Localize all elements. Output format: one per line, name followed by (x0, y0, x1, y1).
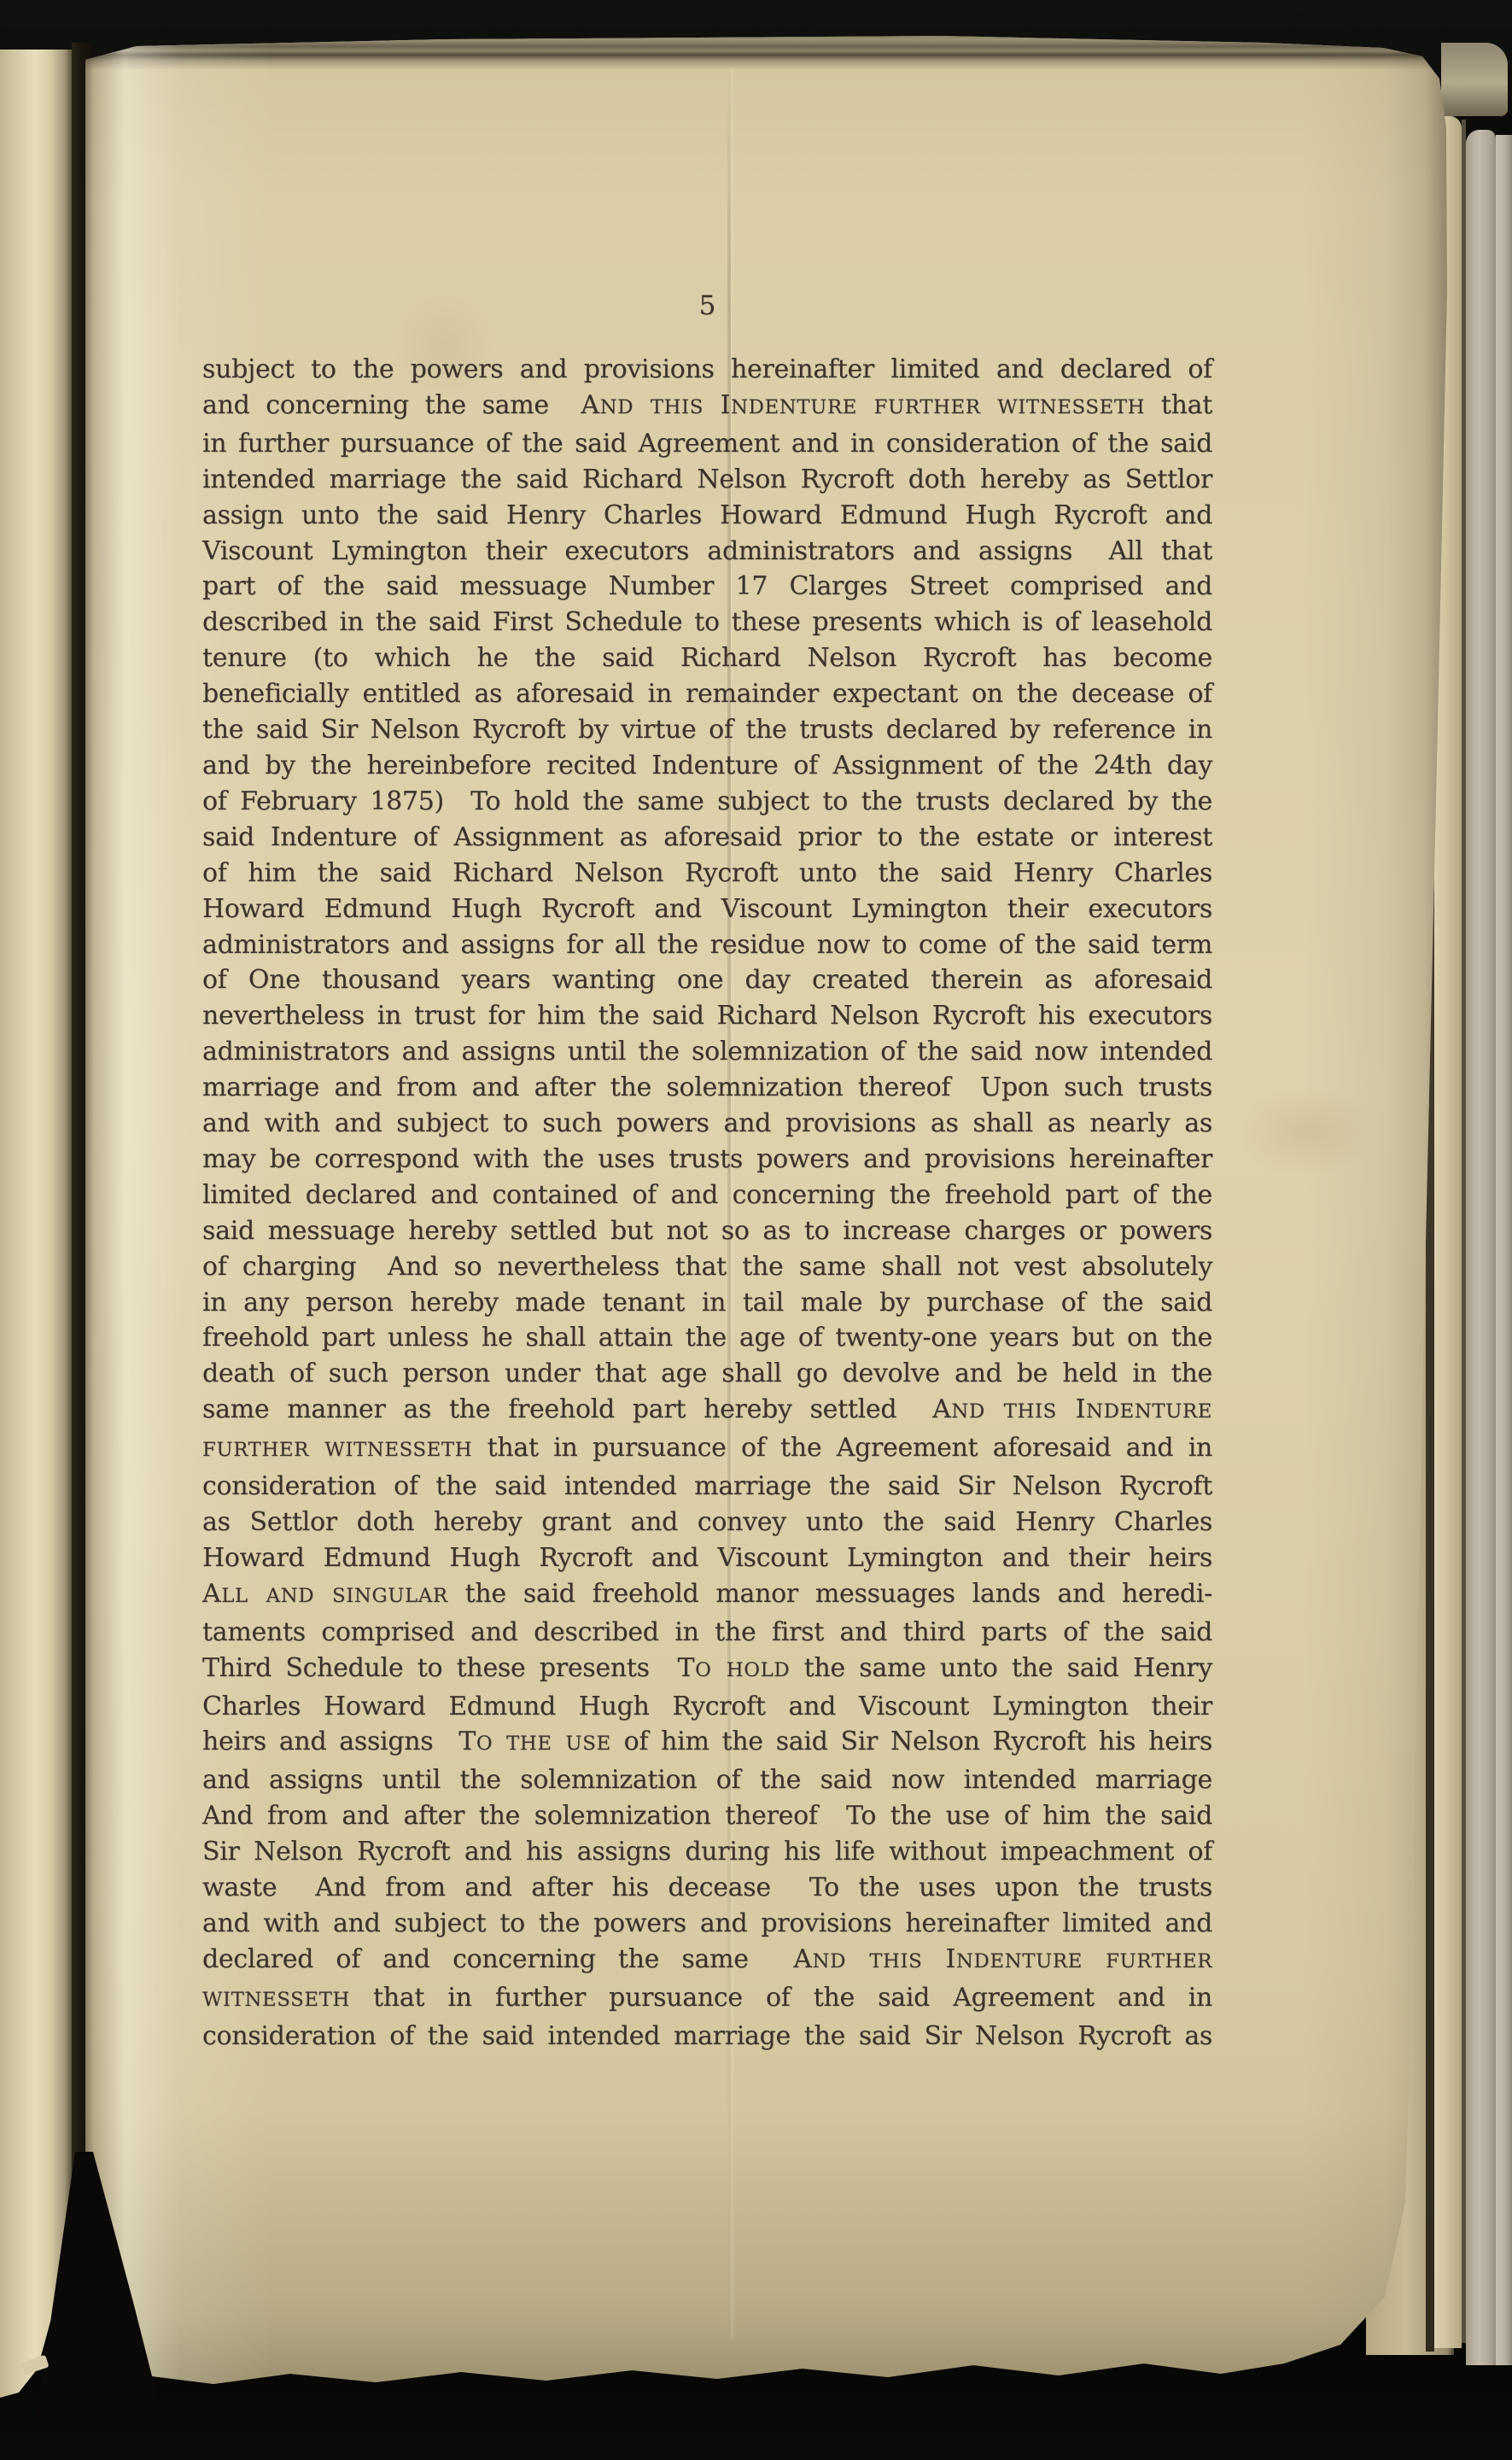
text-line: Charles Howard Edmund Hugh Rycroft and V… (202, 1689, 1212, 1725)
page-top-edge-corner (1441, 43, 1508, 116)
text-line: and with and subject to the powers and p… (202, 1906, 1212, 1942)
text-line: ALL AND SINGULAR the said freehold manor… (202, 1576, 1212, 1615)
page-number: 5 (202, 290, 1212, 321)
text-line: of charging And so nevertheless that the… (202, 1249, 1212, 1285)
text-line: declared of and concerning the same AND … (202, 1942, 1212, 1980)
text-line: consideration of the said intended marri… (202, 1469, 1212, 1505)
text-line: death of such person under that age shal… (202, 1356, 1212, 1392)
text-line: WITNESSETH that in further pursuance of … (202, 1980, 1212, 2019)
text-line: assign unto the said Henry Charles Howar… (202, 498, 1212, 534)
text-line: taments comprised and described in the f… (202, 1615, 1212, 1651)
page-edge-strip (1466, 130, 1496, 2365)
book-scan-photo: 5 subject to the powers and provisions h… (0, 0, 1512, 2460)
text-line: and by the hereinbefore recited Indentur… (202, 748, 1212, 784)
page-edge-strip (1496, 135, 1512, 2365)
paper-stain (1238, 1084, 1375, 1178)
text-line: and with and subject to such powers and … (202, 1106, 1212, 1142)
text-line: and concerning the same AND THIS INDENTU… (202, 388, 1212, 426)
text-line: tenure (to which he the said Richard Nel… (202, 640, 1212, 676)
page-top-edge (85, 34, 1447, 70)
document-text: subject to the powers and provisions her… (202, 352, 1212, 2054)
text-line: Sir Nelson Rycroft and his assigns durin… (202, 1834, 1212, 1870)
text-line: intended marriage the said Richard Nelso… (202, 462, 1212, 498)
text-line: described in the said First Schedule to … (202, 605, 1212, 640)
text-line: of One thousand years wanting one day cr… (202, 962, 1212, 998)
text-line: in further pursuance of the said Agreeme… (202, 426, 1212, 462)
text-line: administrators and assigns until the sol… (202, 1034, 1212, 1070)
text-line: freehold part unless he shall attain the… (202, 1320, 1212, 1356)
text-line: heirs and assigns TO THE USE of him the … (202, 1724, 1212, 1762)
text-line: said Indenture of Assignment as aforesai… (202, 820, 1212, 856)
text-line: of February 1875) To hold the same subje… (202, 784, 1212, 820)
text-line: as Settlor doth hereby grant and convey … (202, 1505, 1212, 1540)
text-line: administrators and assigns for all the r… (202, 927, 1212, 963)
text-line: Viscount Lymington their executors admin… (202, 534, 1212, 570)
text-line: the said Sir Nelson Rycroft by virtue of… (202, 712, 1212, 748)
previous-page-edge (0, 50, 75, 2399)
text-line: nevertheless in trust for him the said R… (202, 998, 1212, 1034)
text-line: Third Schedule to these presents TO HOLD… (202, 1651, 1212, 1689)
book-page: 5 subject to the powers and provisions h… (85, 34, 1447, 2394)
text-line: beneficially entitled as aforesaid in re… (202, 676, 1212, 712)
text-line: of him the said Richard Nelson Rycroft u… (202, 856, 1212, 891)
text-line: Howard Edmund Hugh Rycroft and Viscount … (202, 891, 1212, 927)
text-line: and assigns until the solemnization of t… (202, 1762, 1212, 1798)
text-line: part of the said messuage Number 17 Clar… (202, 569, 1212, 605)
text-line: Howard Edmund Hugh Rycroft and Viscount … (202, 1540, 1212, 1576)
text-line: consideration of the said intended marri… (202, 2019, 1212, 2054)
text-line: limited declared and contained of and co… (202, 1177, 1212, 1213)
text-line: marriage and from and after the solemniz… (202, 1070, 1212, 1106)
text-line: said messuage hereby settled but not so … (202, 1213, 1212, 1249)
text-line: in any person hereby made tenant in tail… (202, 1285, 1212, 1321)
text-line: subject to the powers and provisions her… (202, 352, 1212, 388)
text-line: same manner as the freehold part hereby … (202, 1392, 1212, 1430)
text-line: may be correspond with the uses trusts p… (202, 1142, 1212, 1177)
text-line: waste And from and after his decease To … (202, 1870, 1212, 1906)
text-line: And from and after the solemnization the… (202, 1798, 1212, 1834)
text-line: FURTHER WITNESSETH that in pursuance of … (202, 1430, 1212, 1469)
